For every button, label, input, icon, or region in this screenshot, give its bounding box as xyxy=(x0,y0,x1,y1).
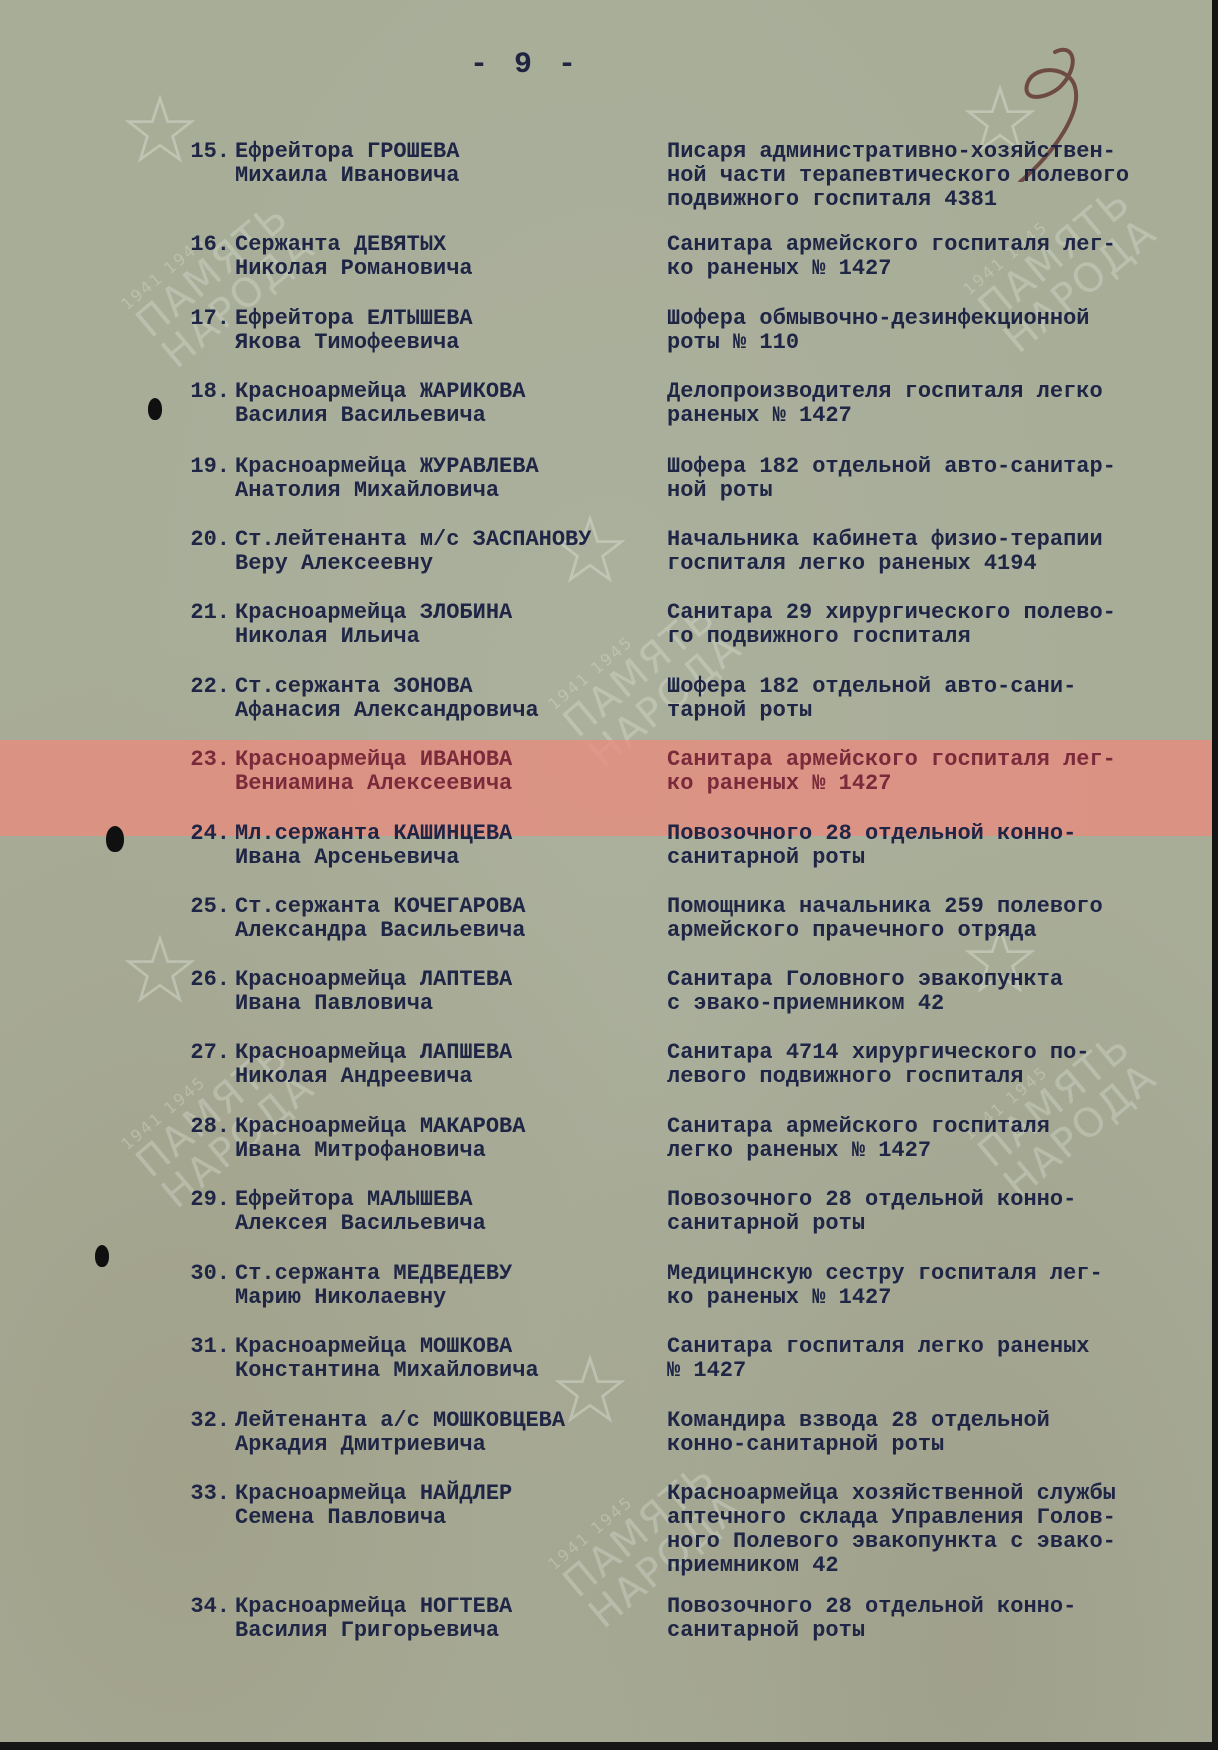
entry-position: Красноармейца хозяйственной службыаптечн… xyxy=(667,1482,1197,1578)
entry-number: 20. xyxy=(170,528,230,552)
punch-hole xyxy=(106,826,124,852)
list-item: 33.Красноармейца НАЙДЛЕРСемена Павловича… xyxy=(0,1482,1212,1542)
position-line: Делопроизводителя госпиталя легко xyxy=(667,380,1197,404)
entry-name: Сержанта ДЕВЯТЫХНиколая Романовича xyxy=(235,233,655,281)
name-line: Якова Тимофеевича xyxy=(235,331,655,355)
position-line: Шофера обмывочно-дезинфекционной xyxy=(667,307,1197,331)
entry-name: Ст.лейтенанта м/с ЗАСПАНОВУВеру Алексеев… xyxy=(235,528,655,576)
name-line: Ефрейтора МАЛЫШЕВА xyxy=(235,1188,655,1212)
entry-position: Шофера 182 отдельной авто-санитар-ной ро… xyxy=(667,455,1197,503)
list-item: 18.Красноармейца ЖАРИКОВАВасилия Василье… xyxy=(0,380,1212,440)
entry-name: Красноармейца ЛАПШЕВАНиколая Андреевича xyxy=(235,1041,655,1089)
entry-name: Красноармейца ЖУРАВЛЕВААнатолия Михайлов… xyxy=(235,455,655,503)
entry-name: Ефрейтора ГРОШЕВАМихаила Ивановича xyxy=(235,140,655,188)
list-item: 31.Красноармейца МОШКОВАКонстантина Миха… xyxy=(0,1335,1212,1395)
entry-number: 31. xyxy=(170,1335,230,1359)
punch-hole xyxy=(148,398,162,420)
entry-number: 30. xyxy=(170,1262,230,1286)
name-line: Ивана Павловича xyxy=(235,992,655,1016)
name-line: Красноармейца МОШКОВА xyxy=(235,1335,655,1359)
entry-name: Ефрейтора ЕЛТЫШЕВАЯкова Тимофеевича xyxy=(235,307,655,355)
position-line: санитарной роты xyxy=(667,1619,1197,1643)
list-item: 19.Красноармейца ЖУРАВЛЕВААнатолия Михай… xyxy=(0,455,1212,515)
name-line: Семена Павловича xyxy=(235,1506,655,1530)
entry-name: Красноармейца НОГТЕВАВасилия Григорьевич… xyxy=(235,1595,655,1643)
entry-position: Делопроизводителя госпиталя легкораненых… xyxy=(667,380,1197,428)
entry-number: 25. xyxy=(170,895,230,919)
position-line: Санитара Головного эвакопункта xyxy=(667,968,1197,992)
entry-name: Ст.сержанта КОЧЕГАРОВААлександра Василье… xyxy=(235,895,655,943)
list-item: 15.Ефрейтора ГРОШЕВАМихаила ИвановичаПис… xyxy=(0,140,1212,200)
name-line: Ивана Митрофановича xyxy=(235,1139,655,1163)
punch-hole xyxy=(95,1245,109,1267)
list-item: 26.Красноармейца ЛАПТЕВАИвана ПавловичаС… xyxy=(0,968,1212,1028)
list-item: 25.Ст.сержанта КОЧЕГАРОВААлександра Васи… xyxy=(0,895,1212,955)
document-page: 1941 1945 ПАМЯТЬ НАРОДА 1941 1945 ПАМЯТЬ… xyxy=(0,0,1212,1742)
list-item: 34.Красноармейца НОГТЕВАВасилия Григорье… xyxy=(0,1595,1212,1655)
position-line: раненых № 1427 xyxy=(667,404,1197,428)
entry-position: Шофера обмывочно-дезинфекционнойроты № 1… xyxy=(667,307,1197,355)
position-line: № 1427 xyxy=(667,1359,1197,1383)
page-number: - 9 - xyxy=(470,48,580,82)
entry-position: Санитара 4714 хирургического по-левого п… xyxy=(667,1041,1197,1089)
position-line: Санитара армейского госпиталя лег- xyxy=(667,748,1197,772)
position-line: го подвижного госпиталя xyxy=(667,625,1197,649)
entry-number: 34. xyxy=(170,1595,230,1619)
name-line: Ефрейтора ГРОШЕВА xyxy=(235,140,655,164)
name-line: Николая Ильича xyxy=(235,625,655,649)
entry-number: 22. xyxy=(170,675,230,699)
entry-number: 24. xyxy=(170,822,230,846)
name-line: Красноармейца ЖУРАВЛЕВА xyxy=(235,455,655,479)
list-item: 16.Сержанта ДЕВЯТЫХНиколая РомановичаСан… xyxy=(0,233,1212,293)
position-line: санитарной роты xyxy=(667,1212,1197,1236)
entry-position: Помощника начальника 259 полевогоармейск… xyxy=(667,895,1197,943)
entry-position: Санитара армейского госпиталя лег-ко ран… xyxy=(667,233,1197,281)
entry-number: 21. xyxy=(170,601,230,625)
entry-name: Ст.сержанта ЗОНОВААфанасия Александрович… xyxy=(235,675,655,723)
name-line: Красноармейца НОГТЕВА xyxy=(235,1595,655,1619)
name-line: Красноармейца ИВАНОВА xyxy=(235,748,655,772)
entry-name: Красноармейца ЗЛОБИНАНиколая Ильича xyxy=(235,601,655,649)
entry-position: Санитара армейского госпиталялегко ранен… xyxy=(667,1115,1197,1163)
name-line: Мл.сержанта КАШИНЦЕВА xyxy=(235,822,655,846)
name-line: Василия Григорьевича xyxy=(235,1619,655,1643)
entry-number: 19. xyxy=(170,455,230,479)
position-line: ной роты xyxy=(667,479,1197,503)
position-line: Помощника начальника 259 полевого xyxy=(667,895,1197,919)
entry-name: Ст.сержанта МЕДВЕДЕВУМарию Николаевну xyxy=(235,1262,655,1310)
name-line: Марию Николаевну xyxy=(235,1286,655,1310)
list-item: 29.Ефрейтора МАЛЫШЕВААлексея Васильевича… xyxy=(0,1188,1212,1248)
position-line: армейского прачечного отряда xyxy=(667,919,1197,943)
entry-position: Медицинскую сестру госпиталя лег-ко ране… xyxy=(667,1262,1197,1310)
list-item: 32.Лейтенанта а/с МОШКОВЦЕВААркадия Дмит… xyxy=(0,1409,1212,1469)
entry-number: 26. xyxy=(170,968,230,992)
list-item: 23.Красноармейца ИВАНОВАВениамина Алексе… xyxy=(0,748,1212,808)
position-line: Начальника кабинета физио-терапии xyxy=(667,528,1197,552)
entry-position: Повозочного 28 отдельной конно-санитарно… xyxy=(667,1188,1197,1236)
position-line: Санитара 29 хирургического полево- xyxy=(667,601,1197,625)
position-line: Повозочного 28 отдельной конно- xyxy=(667,1188,1197,1212)
entry-name: Красноармейца НАЙДЛЕРСемена Павловича xyxy=(235,1482,655,1530)
entry-position: Писаря административно-хозяйствен-ной ча… xyxy=(667,140,1197,212)
entry-name: Красноармейца МОШКОВАКонстантина Михайло… xyxy=(235,1335,655,1383)
position-line: тарной роты xyxy=(667,699,1197,723)
entry-number: 32. xyxy=(170,1409,230,1433)
position-line: ко раненых № 1427 xyxy=(667,1286,1197,1310)
position-line: Шофера 182 отдельной авто-сани- xyxy=(667,675,1197,699)
entry-number: 29. xyxy=(170,1188,230,1212)
position-line: Медицинскую сестру госпиталя лег- xyxy=(667,1262,1197,1286)
position-line: с эвако-приемником 42 xyxy=(667,992,1197,1016)
entry-number: 17. xyxy=(170,307,230,331)
entry-number: 16. xyxy=(170,233,230,257)
position-line: аптечного склада Управления Голов- xyxy=(667,1506,1197,1530)
name-line: Константина Михайловича xyxy=(235,1359,655,1383)
position-line: левого подвижного госпиталя xyxy=(667,1065,1197,1089)
entry-number: 15. xyxy=(170,140,230,164)
list-item: 27.Красноармейца ЛАПШЕВАНиколая Андрееви… xyxy=(0,1041,1212,1101)
entry-number: 18. xyxy=(170,380,230,404)
list-item: 24.Мл.сержанта КАШИНЦЕВАИвана Арсеньевич… xyxy=(0,822,1212,882)
name-line: Ст.лейтенанта м/с ЗАСПАНОВУ xyxy=(235,528,655,552)
entry-name: Красноармейца ЖАРИКОВАВасилия Васильевич… xyxy=(235,380,655,428)
name-line: Красноармейца ЖАРИКОВА xyxy=(235,380,655,404)
entry-number: 27. xyxy=(170,1041,230,1065)
list-item: 22.Ст.сержанта ЗОНОВААфанасия Александро… xyxy=(0,675,1212,735)
entry-position: Санитара Головного эвакопунктас эвако-пр… xyxy=(667,968,1197,1016)
position-line: подвижного госпиталя 4381 xyxy=(667,188,1197,212)
name-line: Лейтенанта а/с МОШКОВЦЕВА xyxy=(235,1409,655,1433)
entry-name: Красноармейца ИВАНОВАВениамина Алексееви… xyxy=(235,748,655,796)
name-line: Ефрейтора ЕЛТЫШЕВА xyxy=(235,307,655,331)
position-line: легко раненых № 1427 xyxy=(667,1139,1197,1163)
entry-position: Санитара госпиталя легко раненых№ 1427 xyxy=(667,1335,1197,1383)
position-line: ко раненых № 1427 xyxy=(667,257,1197,281)
position-line: госпиталя легко раненых 4194 xyxy=(667,552,1197,576)
entry-position: Санитара армейского госпиталя лег-ко ран… xyxy=(667,748,1197,796)
name-line: Красноармейца НАЙДЛЕР xyxy=(235,1482,655,1506)
position-line: Санитара армейского госпиталя xyxy=(667,1115,1197,1139)
position-line: Писаря административно-хозяйствен- xyxy=(667,140,1197,164)
name-line: Николая Андреевича xyxy=(235,1065,655,1089)
name-line: Александра Васильевича xyxy=(235,919,655,943)
entry-name: Ефрейтора МАЛЫШЕВААлексея Васильевича xyxy=(235,1188,655,1236)
list-item: 28.Красноармейца МАКАРОВАИвана Митрофано… xyxy=(0,1115,1212,1175)
position-line: конно-санитарной роты xyxy=(667,1433,1197,1457)
entry-position: Начальника кабинета физио-терапиигоспита… xyxy=(667,528,1197,576)
name-line: Веру Алексеевну xyxy=(235,552,655,576)
name-line: Вениамина Алексеевича xyxy=(235,772,655,796)
name-line: Ивана Арсеньевича xyxy=(235,846,655,870)
position-line: Командира взвода 28 отдельной xyxy=(667,1409,1197,1433)
entry-position: Повозочного 28 отдельной конно-санитарно… xyxy=(667,822,1197,870)
entry-number: 28. xyxy=(170,1115,230,1139)
position-line: ного Полевого эвакопункта с эвако- xyxy=(667,1530,1197,1554)
entry-position: Шофера 182 отдельной авто-сани-тарной ро… xyxy=(667,675,1197,723)
name-line: Ст.сержанта ЗОНОВА xyxy=(235,675,655,699)
position-line: ной части терапевтического полевого xyxy=(667,164,1197,188)
name-line: Ст.сержанта МЕДВЕДЕВУ xyxy=(235,1262,655,1286)
name-line: Николая Романовича xyxy=(235,257,655,281)
scan-edge-bottom xyxy=(0,1742,1218,1750)
list-item: 17.Ефрейтора ЕЛТЫШЕВАЯкова ТимофеевичаШо… xyxy=(0,307,1212,367)
position-line: ко раненых № 1427 xyxy=(667,772,1197,796)
name-line: Афанасия Александровича xyxy=(235,699,655,723)
name-line: Алексея Васильевича xyxy=(235,1212,655,1236)
entry-name: Лейтенанта а/с МОШКОВЦЕВААркадия Дмитрие… xyxy=(235,1409,655,1457)
name-line: Василия Васильевича xyxy=(235,404,655,428)
entry-position: Командира взвода 28 отдельнойконно-санит… xyxy=(667,1409,1197,1457)
name-line: Красноармейца МАКАРОВА xyxy=(235,1115,655,1139)
list-item: 21.Красноармейца ЗЛОБИНАНиколая ИльичаСа… xyxy=(0,601,1212,661)
name-line: Ст.сержанта КОЧЕГАРОВА xyxy=(235,895,655,919)
list-item: 20.Ст.лейтенанта м/с ЗАСПАНОВУВеру Алекс… xyxy=(0,528,1212,588)
scan-edge-right xyxy=(1212,0,1218,1750)
entry-name: Красноармейца ЛАПТЕВАИвана Павловича xyxy=(235,968,655,1016)
name-line: Красноармейца ЛАПТЕВА xyxy=(235,968,655,992)
name-line: Красноармейца ЛАПШЕВА xyxy=(235,1041,655,1065)
entry-name: Красноармейца МАКАРОВАИвана Митрофанович… xyxy=(235,1115,655,1163)
entry-number: 33. xyxy=(170,1482,230,1506)
name-line: Сержанта ДЕВЯТЫХ xyxy=(235,233,655,257)
position-line: Санитара армейского госпиталя лег- xyxy=(667,233,1197,257)
position-line: Красноармейца хозяйственной службы xyxy=(667,1482,1197,1506)
position-line: Повозочного 28 отдельной конно- xyxy=(667,1595,1197,1619)
position-line: Санитара 4714 хирургического по- xyxy=(667,1041,1197,1065)
entry-name: Мл.сержанта КАШИНЦЕВАИвана Арсеньевича xyxy=(235,822,655,870)
name-line: Аркадия Дмитриевича xyxy=(235,1433,655,1457)
list-item: 30.Ст.сержанта МЕДВЕДЕВУМарию Николаевну… xyxy=(0,1262,1212,1322)
entry-position: Санитара 29 хирургического полево-го под… xyxy=(667,601,1197,649)
position-line: Шофера 182 отдельной авто-санитар- xyxy=(667,455,1197,479)
position-line: санитарной роты xyxy=(667,846,1197,870)
position-line: приемником 42 xyxy=(667,1554,1197,1578)
entry-number: 23. xyxy=(170,748,230,772)
name-line: Анатолия Михайловича xyxy=(235,479,655,503)
position-line: Повозочного 28 отдельной конно- xyxy=(667,822,1197,846)
name-line: Михаила Ивановича xyxy=(235,164,655,188)
entry-position: Повозочного 28 отдельной конно-санитарно… xyxy=(667,1595,1197,1643)
position-line: Санитара госпиталя легко раненых xyxy=(667,1335,1197,1359)
position-line: роты № 110 xyxy=(667,331,1197,355)
name-line: Красноармейца ЗЛОБИНА xyxy=(235,601,655,625)
